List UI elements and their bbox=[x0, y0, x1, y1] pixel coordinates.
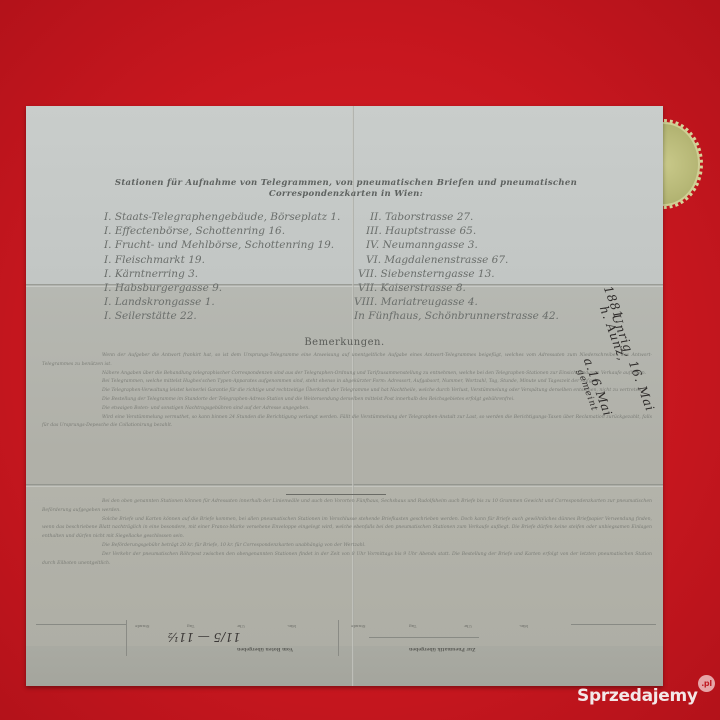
footer-field: Tag bbox=[409, 624, 416, 629]
remark-paragraph: Die Bestellung der Telegramme im Standor… bbox=[42, 396, 652, 405]
footer-rule bbox=[36, 624, 126, 625]
footer-rule bbox=[571, 624, 656, 625]
station-item: I. Frucht- und Mehlbörse, Schottenring 1… bbox=[104, 238, 340, 252]
station-item: I. Effectenbörse, Schottenring 16. bbox=[104, 224, 340, 238]
station-item: I. Landskrongasse 1. bbox=[104, 295, 340, 309]
station-item: III. Hauptstrasse 65. bbox=[354, 224, 559, 238]
station-item: IV. Neumanngasse 3. bbox=[354, 238, 559, 252]
pneumatic-paragraph: Solche Briefe und Karten können auf die … bbox=[42, 516, 652, 542]
station-item: I. Seilerstätte 22. bbox=[104, 309, 340, 323]
pneumatic-box: Stunde Tag Uhr Min. Zur Pneumatik überge… bbox=[338, 620, 569, 656]
footer-field: Uhr bbox=[237, 624, 245, 629]
footer-rule bbox=[369, 637, 479, 638]
messenger-label: Vom Boten übergeben bbox=[237, 646, 293, 651]
fold-line bbox=[26, 484, 663, 487]
pneumatic-paragraph: Der Verkehr der pneumatischen Röhrpost z… bbox=[42, 551, 652, 569]
footer-field: Stunde bbox=[351, 624, 365, 629]
section-divider bbox=[286, 494, 386, 495]
station-item: II. Taborstrasse 27. bbox=[354, 210, 559, 224]
heading-line: Stationen für Aufnahme von Telegrammen, … bbox=[86, 178, 606, 189]
pneumatic-paragraph: Bei den oben genannten Stationen können … bbox=[42, 498, 652, 516]
station-item: VII. Siebensterngasse 13. bbox=[354, 267, 559, 281]
station-item: VII. Kaiserstrasse 8. bbox=[354, 281, 559, 295]
remarks-title: Bemerkungen. bbox=[26, 337, 663, 348]
pneumatic-notes-section: Bei den oben genannten Stationen können … bbox=[42, 498, 652, 568]
remark-paragraph: Wenn der Aufgeber die Antwort frankirt h… bbox=[42, 352, 652, 370]
station-item: I. Fleischmarkt 19. bbox=[104, 253, 340, 267]
station-item: I. Staats-Telegraphengebäude, Börseplatz… bbox=[104, 210, 340, 224]
footer-field: Min. bbox=[287, 624, 296, 629]
station-item: VI. Magdalenenstrasse 67. bbox=[354, 253, 559, 267]
remark-paragraph: Nähere Angaben über die Behandlung teleg… bbox=[42, 370, 652, 379]
footer-field: Stunde bbox=[135, 624, 149, 629]
messenger-box: Stunde Tag Uhr Min. 11/5 — 11½ Vom Boten… bbox=[126, 620, 337, 656]
pneumatic-label: Zur Pneumatik übergeben bbox=[409, 646, 475, 651]
document-heading: Stationen für Aufnahme von Telegrammen, … bbox=[86, 178, 606, 200]
watermark-tld: .pl bbox=[698, 675, 715, 692]
stations-list-right: II. Taborstrasse 27. III. Hauptstrasse 6… bbox=[354, 210, 559, 324]
remark-paragraph: Die etwaigen Boten- und sonstigen Nachtr… bbox=[42, 405, 652, 414]
pneumatic-paragraph: Die Beförderungsgebühr beträgt 20 kr. fü… bbox=[42, 542, 652, 551]
footer-field: Uhr bbox=[464, 624, 472, 629]
footer-stamp-row: Stunde Tag Uhr Min. 11/5 — 11½ Vom Boten… bbox=[26, 616, 663, 666]
footer-field: Tag bbox=[187, 624, 194, 629]
station-item: I. Habsburgergasse 9. bbox=[104, 281, 340, 295]
telegram-document: Stationen für Aufnahme von Telegrammen, … bbox=[26, 106, 663, 686]
footer-field: Min. bbox=[519, 624, 528, 629]
heading-line: Correspondenzkarten in Wien: bbox=[86, 189, 606, 200]
remark-paragraph: Bei Telegrammen, welche mittelst Hughes'… bbox=[42, 378, 652, 387]
remark-paragraph: Die Telegraphen-Verwaltung leistet keine… bbox=[42, 387, 652, 396]
station-item: In Fünfhaus, Schönbrunnerstrasse 42. bbox=[354, 309, 559, 323]
station-item: I. Kärntnerring 3. bbox=[104, 267, 340, 281]
remark-paragraph: Wird eine Verstümmelung vermuthet, so ka… bbox=[42, 414, 652, 432]
sprzedajemy-watermark: Sprzedajemy .pl bbox=[577, 686, 698, 706]
remarks-section: Wenn der Aufgeber die Antwort frankirt h… bbox=[42, 352, 652, 431]
stations-list-left: I. Staats-Telegraphengebäude, Börseplatz… bbox=[104, 210, 340, 324]
handwritten-time: 11/5 — 11½ bbox=[167, 630, 240, 644]
station-item: VIII. Mariatreugasse 4. bbox=[354, 295, 559, 309]
watermark-text: Sprzedajemy bbox=[577, 686, 698, 706]
